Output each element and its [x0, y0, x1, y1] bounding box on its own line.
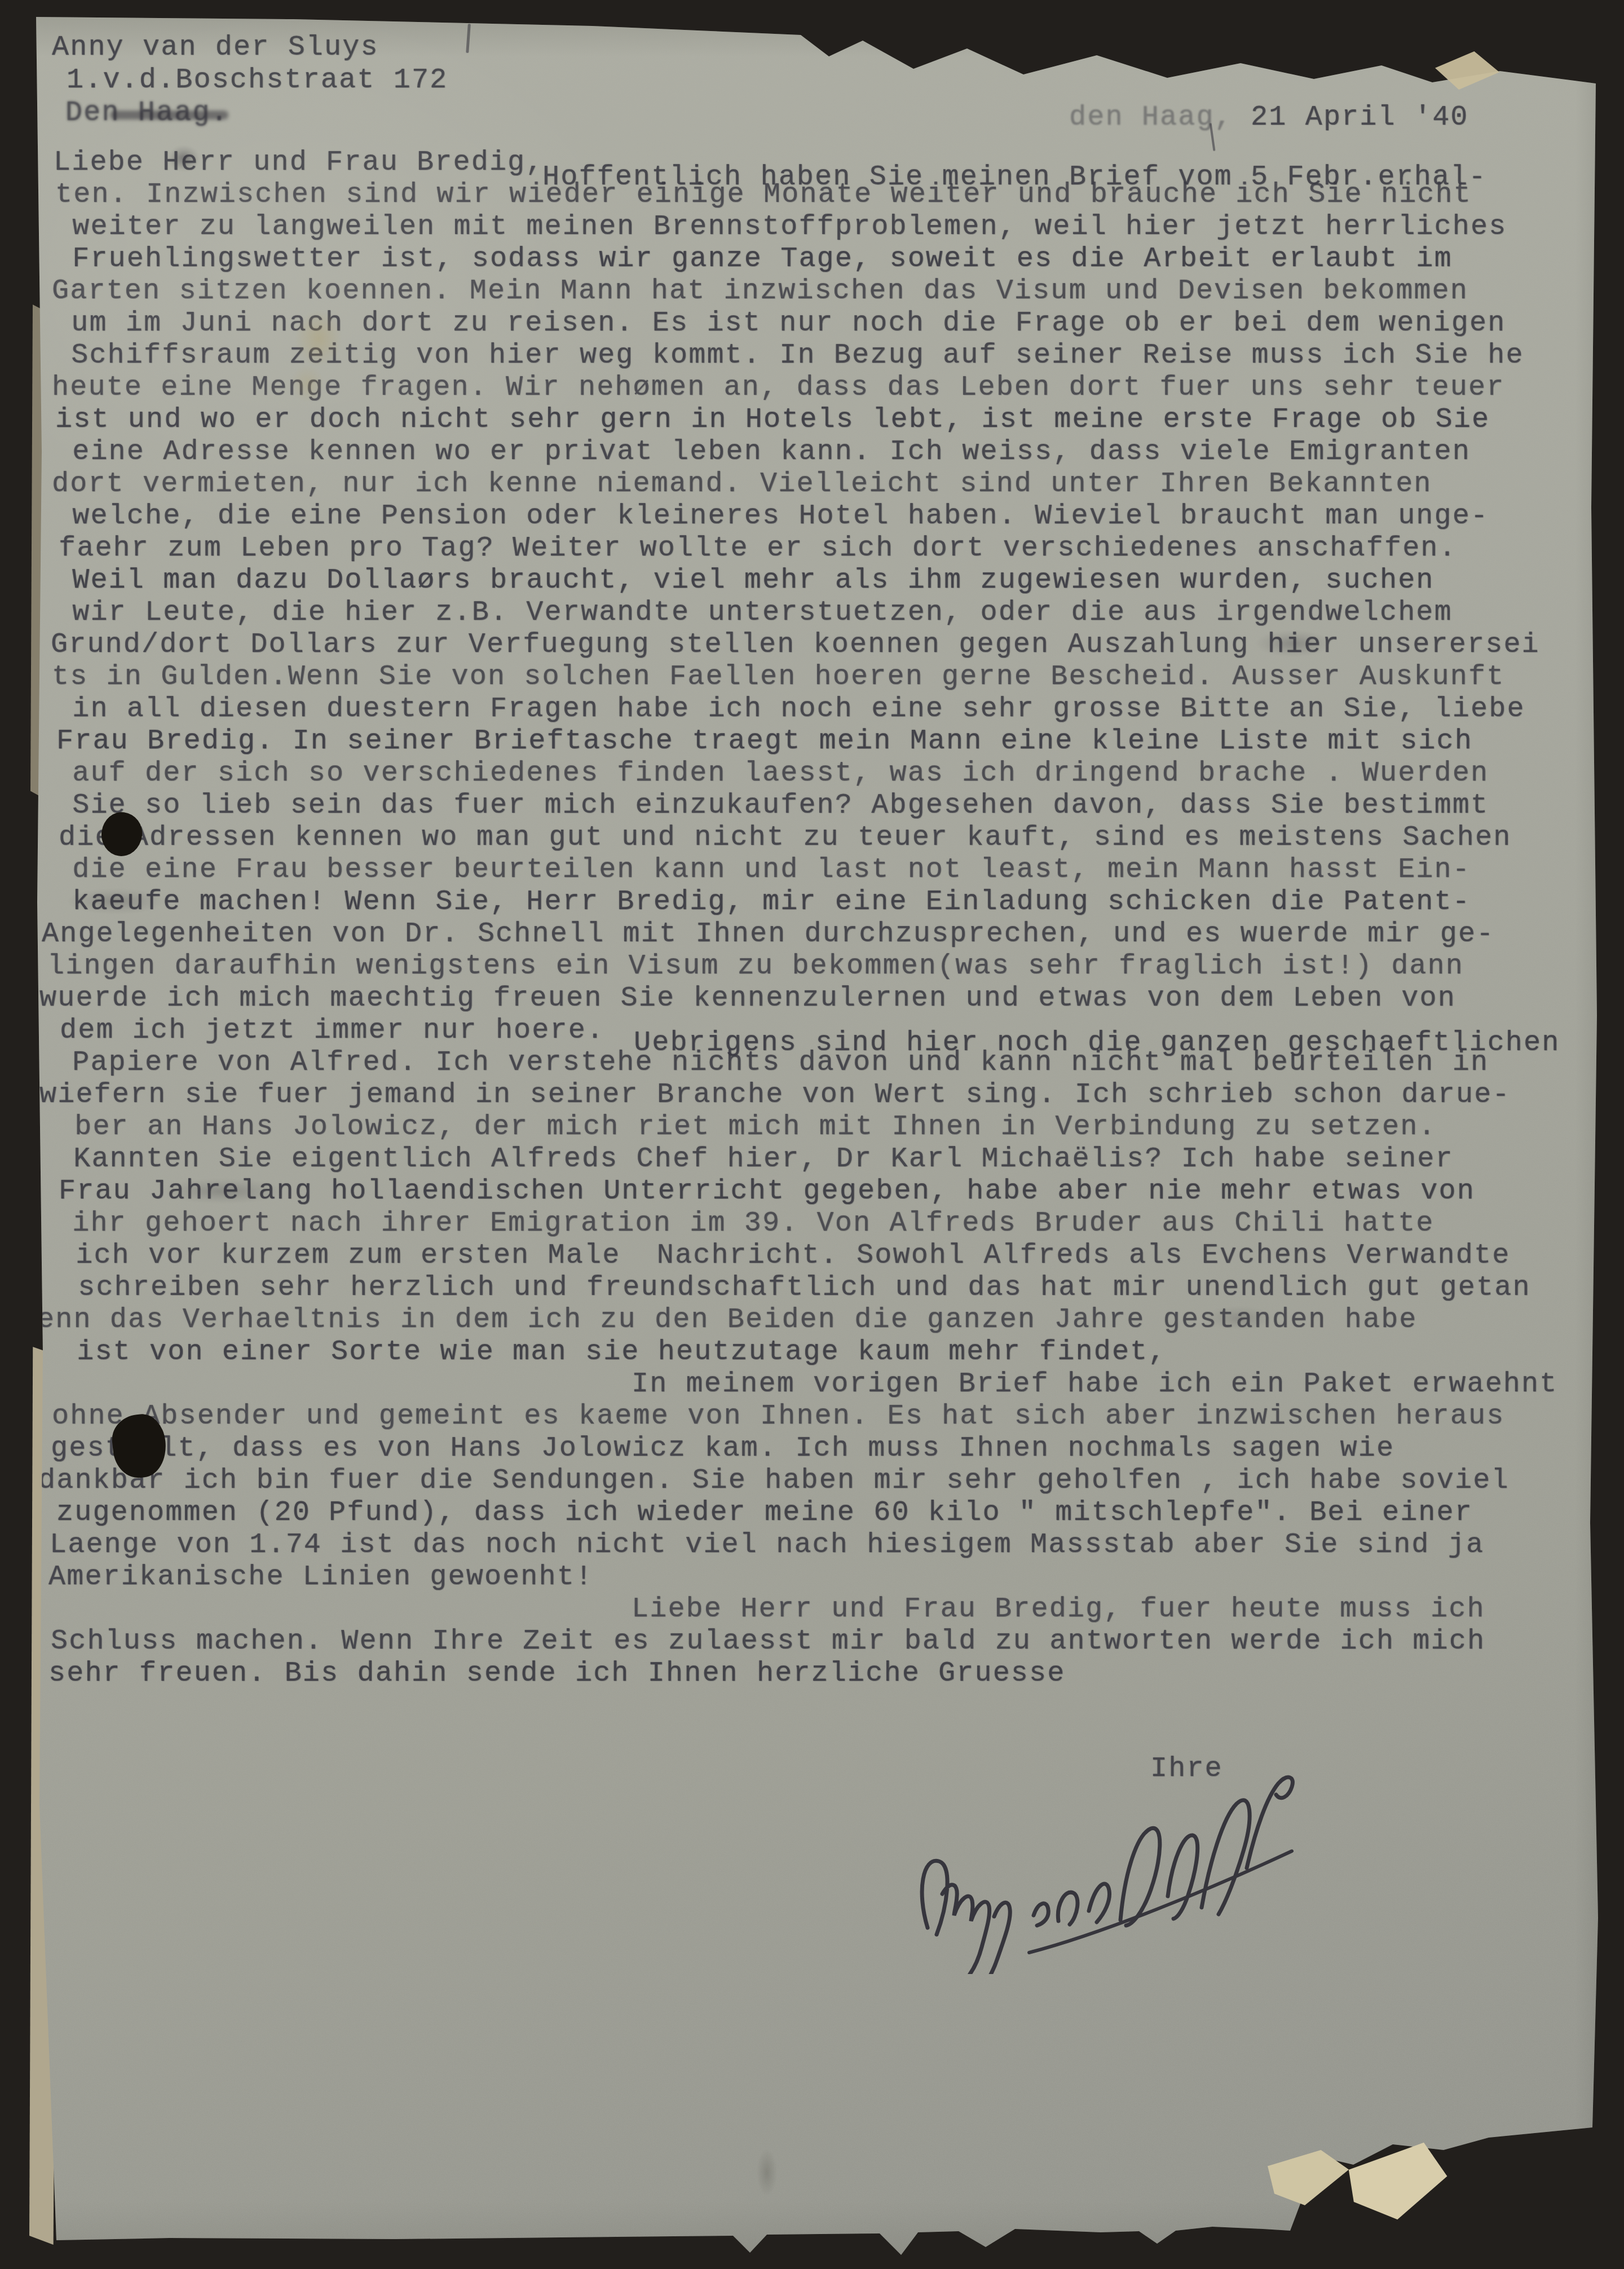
- letter-line: die eine Frau besser beurteilen kann und…: [54, 854, 1471, 886]
- letter-scan: Anny van der Sluys 1.v.d.Boschstraat 172…: [0, 0, 1624, 2269]
- ink-blob: [168, 146, 200, 171]
- letter-line: ts in Gulden.Wenn Sie von solchen Faelle…: [52, 661, 1504, 693]
- letter-line: Schiffsraum zeitig von hier weg kommt. I…: [53, 340, 1524, 372]
- sender-name: Anny van der Sluys: [52, 32, 379, 64]
- letter-line: Garten sitzen koennen. Mein Mann hat inz…: [52, 275, 1468, 307]
- letter-line: Frau Bredig. In seiner Brieftasche traeg…: [56, 725, 1473, 757]
- letter-line: Sie so lieb sein das fuer mich einzukauf…: [54, 790, 1489, 822]
- letter-line: Angelegenheiten von Dr. Schnell mit Ihne…: [42, 918, 1494, 950]
- letter-line: schreiben sehr herzlich und freundschaft…: [60, 1272, 1531, 1304]
- letter-line: In meinem vorigen Brief habe ich ein Pak…: [632, 1368, 1557, 1400]
- letter-line: sehr freuen. Bis dahin sende ich Ihnen h…: [48, 1658, 1065, 1690]
- handwritten-signature: [888, 1748, 1317, 1974]
- letter-line: dankbar ich bin fuer die Sendungen. Sie …: [38, 1465, 1510, 1497]
- letter-line: faehr zum Leben pro Tag? Weiter wollte e…: [59, 532, 1457, 565]
- pen-mark: [466, 24, 471, 53]
- date-place: den Haag,: [1069, 102, 1233, 134]
- letter-line: dort vermieten, nur ich kenne niemand. V…: [52, 468, 1432, 500]
- letter-line: Amerikanische Linien gewoenht!: [48, 1561, 593, 1593]
- sender-address: 1.v.d.Boschstraat 172: [67, 64, 448, 96]
- letter-line: lingen daraufhin wenigstens ein Visum zu…: [47, 950, 1464, 983]
- letter-line: heute eine Menge fragen. Wir nehømen an,…: [52, 372, 1504, 404]
- date-value: 21 April '40: [1251, 102, 1468, 134]
- letter-line: ich vor kurzem zum ersten Male Nachricht…: [58, 1240, 1510, 1272]
- letter-line: wiefern sie fuer jemand in seiner Branch…: [39, 1079, 1511, 1111]
- overtype-smudge: [162, 1179, 284, 1204]
- letter-line: ten. Inzwischen sind wir wieder einige M…: [55, 179, 1472, 211]
- letter-line: Laenge von 1.74 ist das noch nicht viel …: [50, 1529, 1484, 1561]
- letter-line: auf der sich so verschiedenes finden lae…: [54, 757, 1489, 790]
- letter-line: Liebe Herr und Frau Bredig,: [54, 147, 544, 179]
- letter-paper: Anny van der Sluys 1.v.d.Boschstraat 172…: [0, 0, 1624, 2269]
- overtype-strike-mark: [110, 111, 228, 120]
- letter-line: welche, die eine Pension oder kleineres …: [54, 500, 1489, 532]
- letter-line: zugenommen (20 Pfund), dass ich wieder m…: [56, 1497, 1473, 1529]
- letter-line: ist von einer Sorte wie man sie heutzuta…: [59, 1336, 1167, 1368]
- letter-line: ihr gehoert nach ihrer Emigration im 39.…: [54, 1208, 1435, 1240]
- letter-line: ber an Hans Jolowicz, der mich riet mich…: [56, 1111, 1437, 1143]
- letter-line: wir Leute, die hier z.B. Verwandte unter…: [54, 597, 1453, 629]
- letter-line: Weil man dazu Dollaørs braucht, viel meh…: [54, 565, 1435, 597]
- date-line: den Haag, 21 April '40: [1069, 102, 1469, 134]
- signature-underline: [1029, 1851, 1292, 1953]
- letter-line: dem ich jetzt immer nur hoere.: [60, 1015, 604, 1047]
- letter-line: eine Adresse kennen wo er privat leben k…: [54, 436, 1471, 468]
- letter-line: um im Juni nach dort zu reisen. Es ist n…: [53, 307, 1506, 340]
- overtype-smudge: [1255, 631, 1331, 657]
- letter-line: ohne Absender und gemeint es kaeme von I…: [52, 1400, 1504, 1433]
- letter-line: die Adressen kennen wo man gut und nicht…: [59, 822, 1511, 854]
- letter-line: Liebe Herr und Frau Bredig, fuer heute m…: [632, 1593, 1485, 1625]
- overtype-smudge: [1204, 1306, 1272, 1330]
- letter-line: gestellt, dass es von Hans Jolowicz kam.…: [51, 1433, 1394, 1465]
- letter-line: kaeufe machen! Wenn Sie, Herr Bredig, mi…: [54, 886, 1471, 918]
- letter-line: Papiere von Alfred. Ich verstehe nichts …: [54, 1047, 1489, 1079]
- letter-line: ist und wo er doch nicht sehr gern in Ho…: [55, 404, 1490, 436]
- letter-line: Schluss machen. Wenn Ihre Zeit es zulaes…: [51, 1625, 1485, 1658]
- letter-line: in all diesen duestern Fragen habe ich n…: [54, 693, 1525, 725]
- overtype-smudge: [67, 889, 165, 914]
- letter-line: Fruehlingswetter ist, sodass wir ganze T…: [54, 243, 1453, 275]
- date-day: [1233, 102, 1251, 134]
- letter-line: wuerde ich mich maechtig freuen Sie kenn…: [39, 983, 1456, 1015]
- letter-line: Kannten Sie eigentlich Alfreds Chef hier…: [55, 1143, 1454, 1175]
- letter-line: weiter zu langweilen mit meinen Brennsto…: [54, 211, 1507, 243]
